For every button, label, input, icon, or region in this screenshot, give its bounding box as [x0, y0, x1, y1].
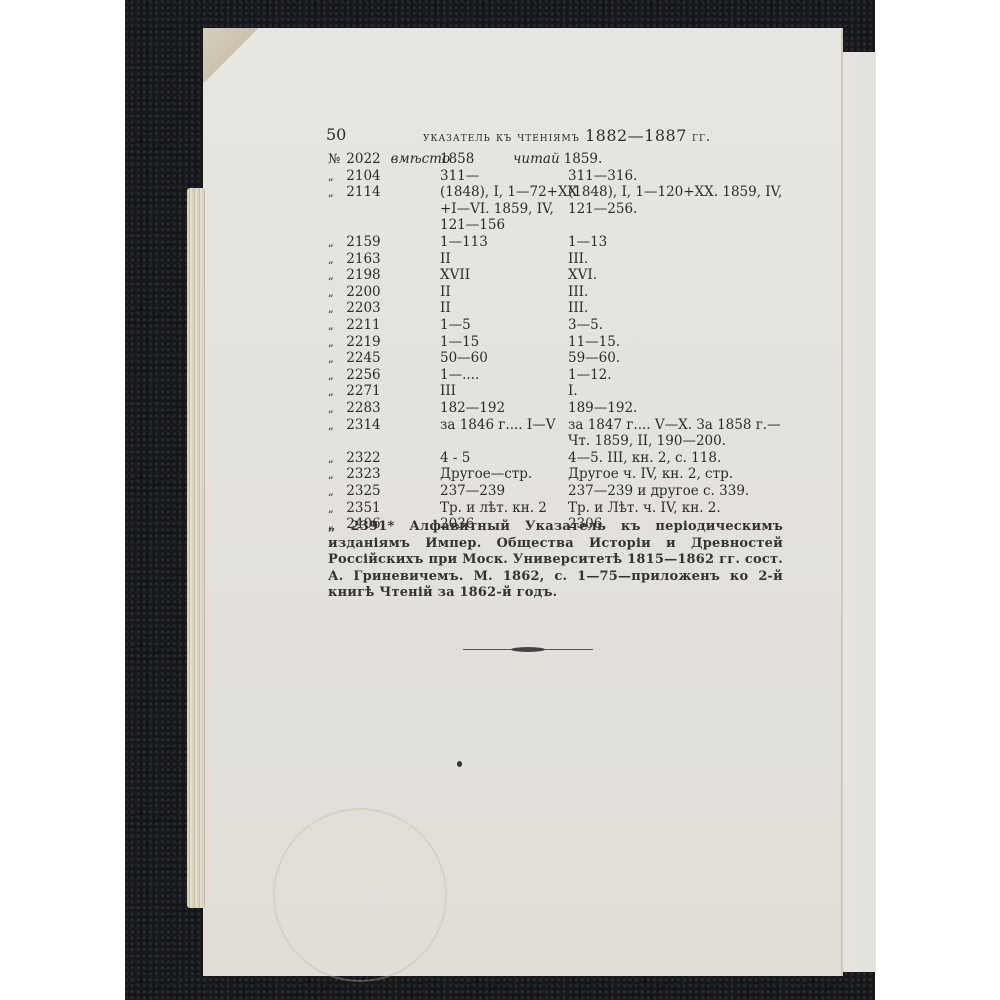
ditto-mark: „	[328, 185, 342, 202]
corrected-value: III.	[568, 284, 783, 301]
entry-number-value: 2022	[342, 151, 381, 167]
corrected-value: 311—316.	[568, 168, 783, 185]
erroneous-value: II	[440, 300, 585, 317]
entry-number: „ 2283	[328, 400, 448, 418]
entry-number: „ 2198	[328, 267, 448, 285]
corrected-value: 59—60.	[568, 350, 783, 367]
corrected-value: 189—192.	[568, 400, 783, 417]
corrected-value: 237—239 и другое с. 339.	[568, 483, 783, 500]
ditto-mark: „	[328, 169, 342, 186]
entry-number: „ 2322	[328, 450, 448, 468]
entry-number: „ 2200	[328, 284, 448, 302]
corrected-value: Другое ч. IV, кн. 2, стр.	[568, 466, 783, 483]
entry-number-value: 2114	[342, 184, 381, 200]
erroneous-value: II	[440, 284, 585, 301]
entry-number: „ 2245	[328, 350, 448, 368]
corrected-value: III.	[568, 300, 783, 317]
running-head: указатель къ чтеніямъ 1882—1887 гг.	[423, 126, 711, 145]
entry-number-value: 2163	[342, 251, 381, 267]
erroneous-value: Тр. и лѣт. кн. 2	[440, 500, 585, 517]
entry-number-value: 2203	[342, 300, 381, 316]
book-page: 50 указатель къ чтеніямъ 1882—1887 гг. №…	[203, 28, 843, 976]
corrected-value: 1—13	[568, 234, 783, 251]
rule-ornament	[511, 647, 545, 652]
erroneous-value: 1—113	[440, 234, 585, 251]
ditto-mark: „	[328, 484, 342, 501]
entry-number-value: 2322	[342, 450, 381, 466]
entry-number: „ 2314	[328, 417, 448, 435]
erroneous-value: 1—....	[440, 367, 585, 384]
footnote: „ 2391* Алфавитный Указатель къ періодич…	[328, 519, 783, 602]
entry-number: „ 2219	[328, 334, 448, 352]
ditto-mark: „	[328, 351, 342, 368]
entry-number: „ 2325	[328, 483, 448, 501]
ditto-mark: „	[328, 252, 342, 269]
entry-number: „ 2203	[328, 300, 448, 318]
entry-number-value: 2256	[342, 367, 381, 383]
entry-number: № 2022вмѣсто	[328, 151, 448, 169]
ditto-mark: „	[328, 268, 342, 285]
ink-speck	[457, 761, 462, 767]
ornamental-rule	[463, 648, 593, 652]
ditto-mark: „	[328, 501, 342, 518]
ditto-mark: „	[328, 401, 342, 418]
erroneous-value: 237—239	[440, 483, 585, 500]
running-head-title: указатель къ чтеніямъ	[423, 130, 580, 145]
entry-number: „ 2323	[328, 466, 448, 484]
corrected-value: (1848), I, 1—120+XX. 1859, IV, 121—256.	[568, 184, 783, 217]
running-head-years: 1882—1887	[585, 126, 687, 145]
entry-number-value: 2283	[342, 400, 381, 416]
erroneous-value: Другое—стр.	[440, 466, 585, 483]
entry-number-value: 2314	[342, 417, 381, 433]
erroneous-value: XVII	[440, 267, 585, 284]
corrected-value: Тр. и Лѣт. ч. IV, кн. 2.	[568, 500, 783, 517]
entry-number-value: 2271	[342, 383, 381, 399]
ditto-mark: „	[328, 285, 342, 302]
entry-number-value: 2245	[342, 350, 381, 366]
corrected-value: 3—5.	[568, 317, 783, 334]
erroneous-value: 4 - 5	[440, 450, 585, 467]
corrected-value: читай1859.	[513, 151, 728, 168]
ditto-mark: „	[328, 418, 342, 435]
erroneous-value: 1—5	[440, 317, 585, 334]
erroneous-value: III	[440, 383, 585, 400]
entry-number-value: 2211	[342, 317, 381, 333]
read-label: читай	[513, 151, 560, 167]
ditto-mark: „	[328, 335, 342, 352]
entry-number-value: 2159	[342, 234, 381, 250]
page-number: 50	[326, 125, 346, 144]
ditto-mark: „	[328, 301, 342, 318]
entry-number: „ 2159	[328, 234, 448, 252]
ditto-mark: „	[328, 235, 342, 252]
entry-number-value: 2325	[342, 483, 381, 499]
entry-number-value: 2323	[342, 466, 381, 482]
corrected-value: XVI.	[568, 267, 783, 284]
ditto-mark: „	[328, 384, 342, 401]
entry-number-value: 2198	[342, 267, 381, 283]
printed-area: 50 указатель къ чтеніямъ 1882—1887 гг. №…	[203, 28, 843, 976]
erroneous-value: 1—15	[440, 334, 585, 351]
ditto-mark: „	[328, 318, 342, 335]
erroneous-value: II	[440, 251, 585, 268]
erroneous-value: за 1846 г.... I—V	[440, 417, 585, 434]
number-sign: №	[328, 152, 342, 169]
entry-number: „ 2211	[328, 317, 448, 335]
entry-number: „ 2271	[328, 383, 448, 401]
ditto-mark: „	[328, 451, 342, 468]
ditto-mark: „	[328, 467, 342, 484]
entry-number-value: 2351	[342, 500, 381, 516]
erroneous-value: 182—192	[440, 400, 585, 417]
corrected-value: 4—5. III, кн. 2, с. 118.	[568, 450, 783, 467]
entry-number: „ 2114	[328, 184, 448, 202]
entry-number: „ 2163	[328, 251, 448, 269]
corrected-value: за 1847 г.... V—X. За 1858 г.— Чт. 1859,…	[568, 417, 783, 450]
entry-number: „ 2104	[328, 168, 448, 186]
erroneous-value: 311—	[440, 168, 585, 185]
corrected-value: 11—15.	[568, 334, 783, 351]
running-head-suffix: гг.	[692, 130, 711, 145]
erroneous-value: (1848), I, 1—72+XX +I—VI. 1859, IV, 121—…	[440, 184, 585, 234]
entry-number-value: 2200	[342, 284, 381, 300]
entry-number-value: 2104	[342, 168, 381, 184]
entry-number-value: 2219	[342, 334, 381, 350]
entry-number: „ 2351	[328, 500, 448, 518]
ditto-mark: „	[328, 368, 342, 385]
corrected-value: I.	[568, 383, 783, 400]
corrected-value: III.	[568, 251, 783, 268]
corrected-value: 1—12.	[568, 367, 783, 384]
erroneous-value: 50—60	[440, 350, 585, 367]
entry-number: „ 2256	[328, 367, 448, 385]
